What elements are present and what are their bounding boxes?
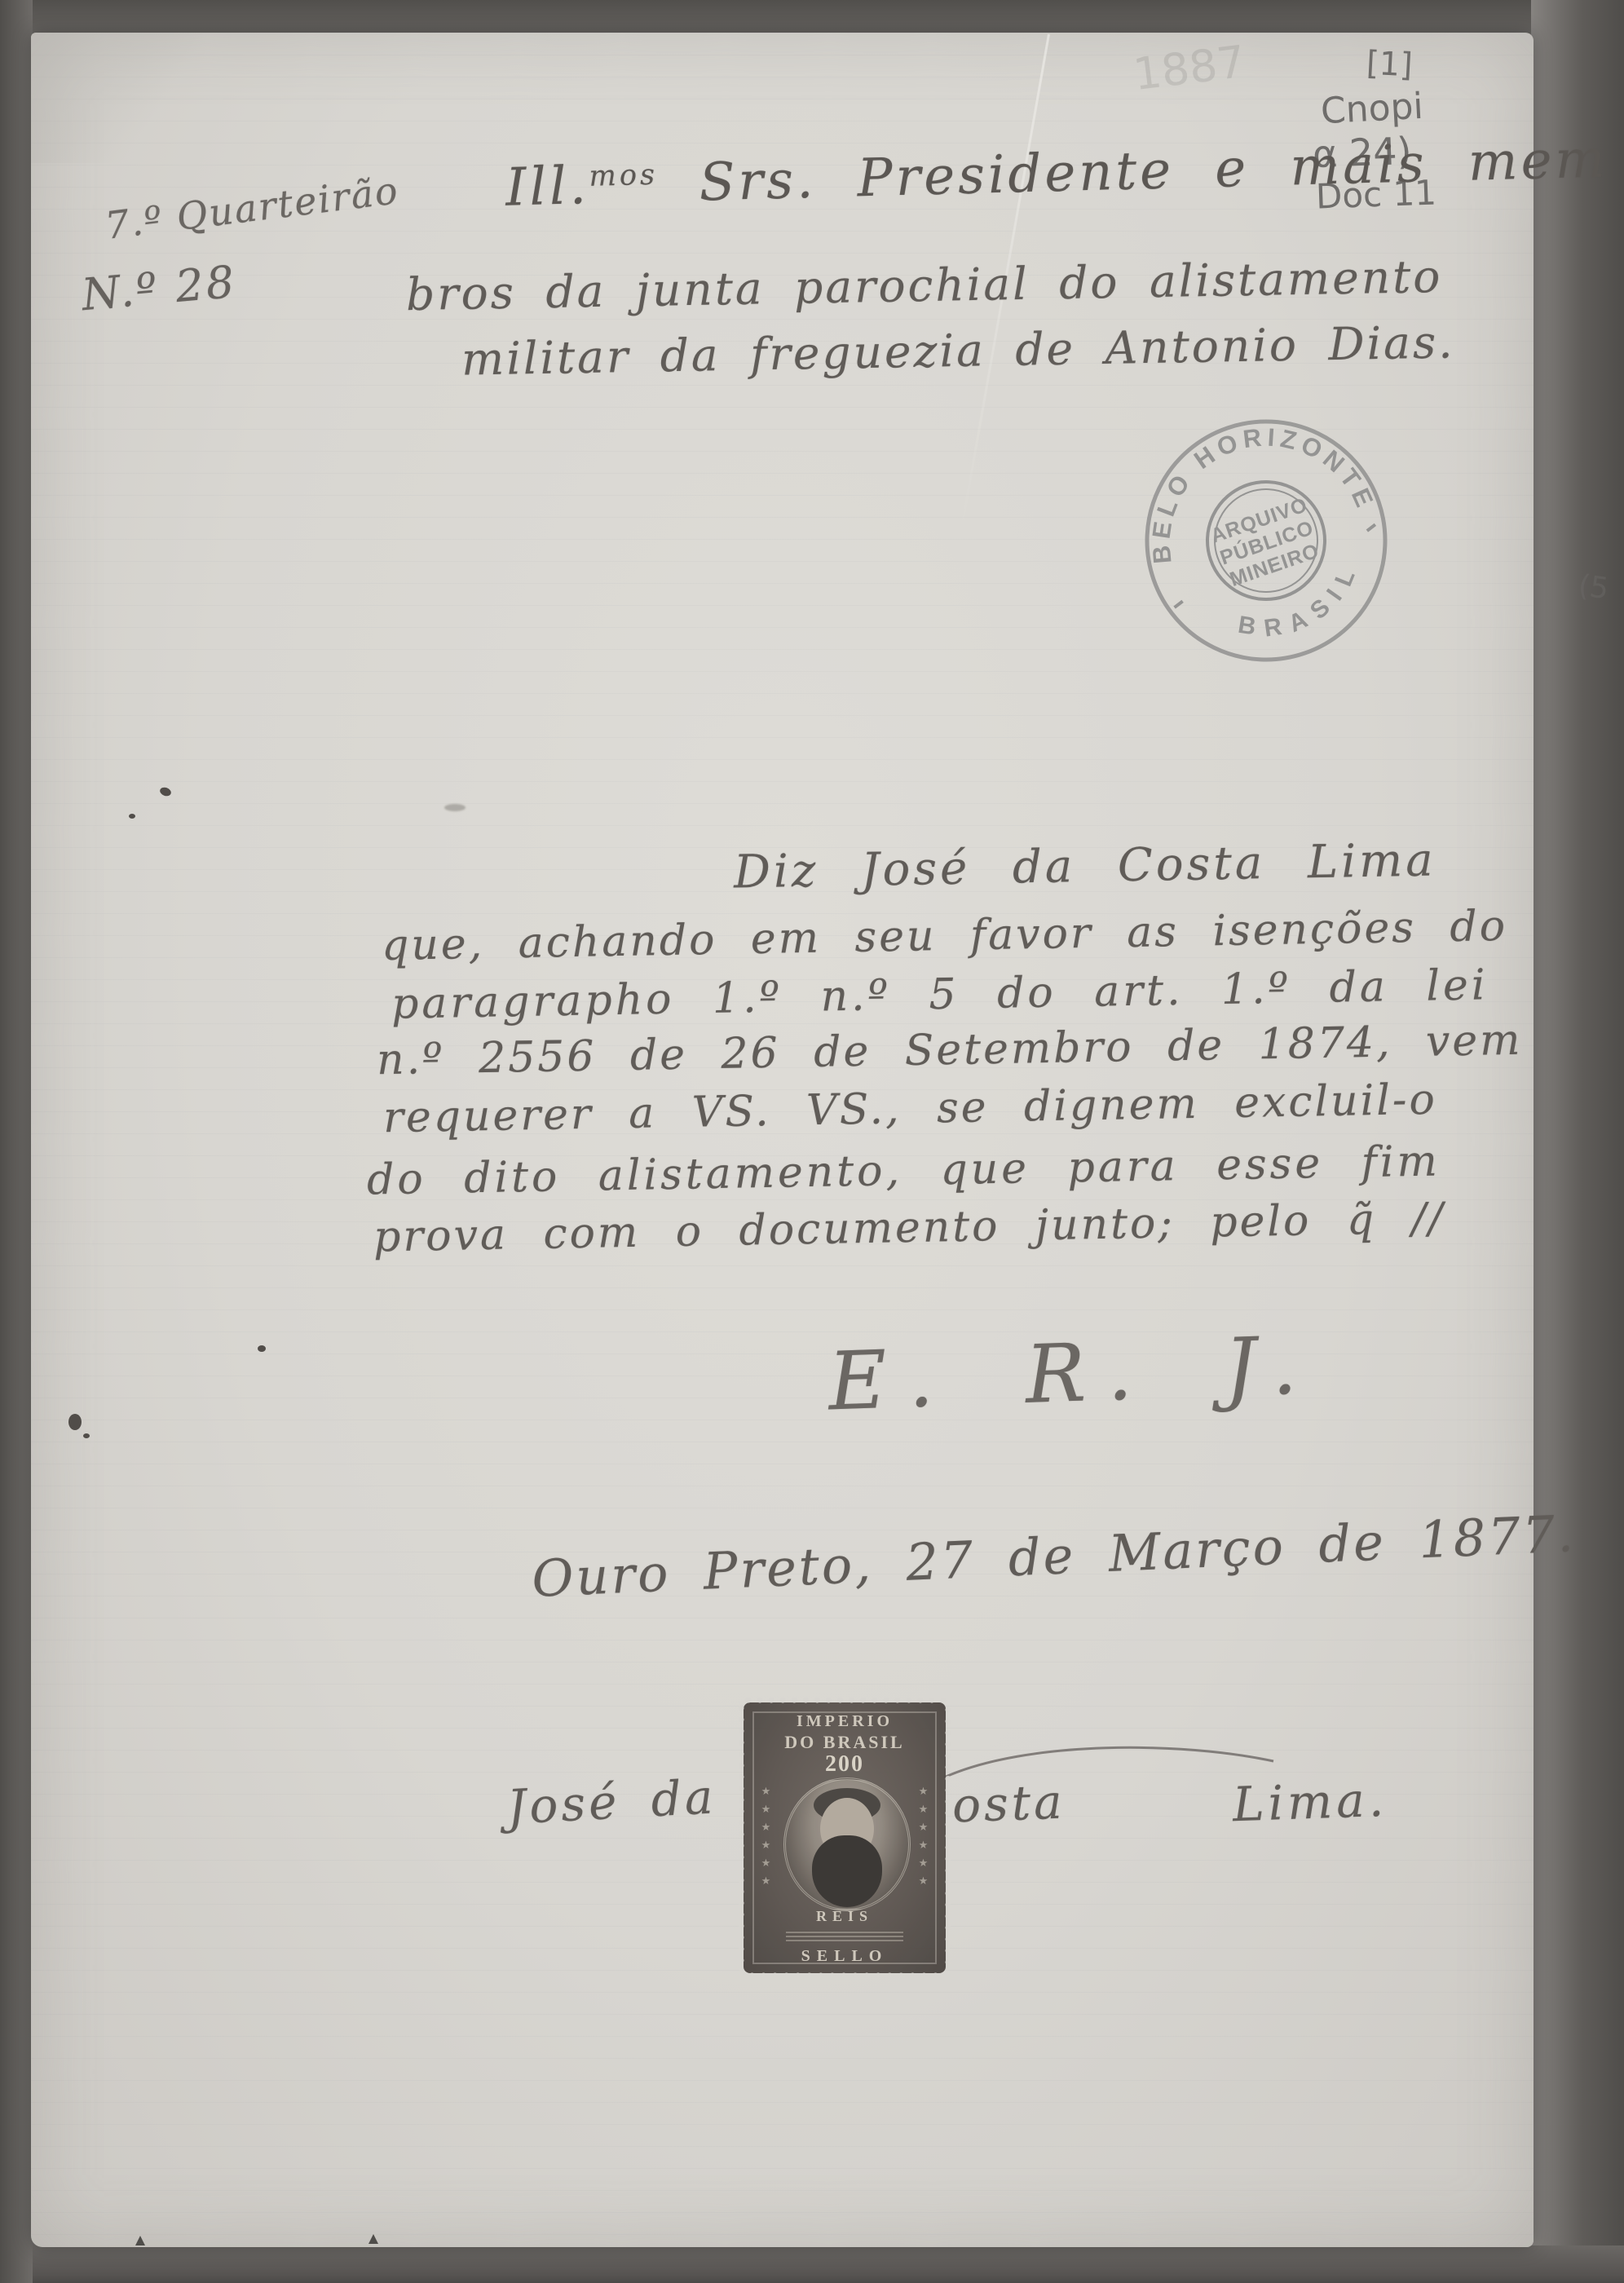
bracket-note: [1] bbox=[1366, 45, 1414, 85]
scanned-document-photo: 7.º Quarteirão N.º 28 1887 [1] Cnopi α 2… bbox=[0, 0, 1624, 2283]
edge-mark: (5 bbox=[1576, 569, 1610, 607]
signature-part-1: José da bbox=[505, 1769, 717, 1835]
star-ornaments-right: ★★★★★★ bbox=[917, 1786, 929, 1893]
revenue-stamp-value: 200 bbox=[744, 1751, 946, 1777]
ink-blot bbox=[258, 1345, 266, 1352]
salutation-abbr: Ill. bbox=[505, 156, 589, 219]
revenue-stamp-sello: SELLO bbox=[744, 1947, 946, 1966]
ink-blot bbox=[68, 1414, 82, 1430]
photo-mat-left bbox=[0, 0, 33, 2283]
salutation-superscript: mos bbox=[589, 158, 659, 193]
star-ornaments-left: ★★★★★★ bbox=[760, 1786, 772, 1893]
portrait-beard bbox=[812, 1835, 882, 1907]
archival-code-1: Cnopi bbox=[1320, 86, 1424, 133]
paper-corner-fold bbox=[31, 33, 218, 163]
photo-mat-top bbox=[0, 0, 1624, 36]
signature-flourish bbox=[938, 1719, 1280, 1792]
emperor-portrait bbox=[783, 1777, 911, 1911]
ink-smudge bbox=[444, 804, 466, 811]
paper-edge-nick bbox=[368, 2234, 378, 2244]
revenue-stamp-reis: REIS bbox=[744, 1908, 946, 1925]
photo-mat-right bbox=[1531, 0, 1624, 2283]
revenue-stamp-country-1: IMPERIO bbox=[744, 1712, 946, 1731]
revenue-stamp-fineprint bbox=[786, 1929, 903, 1944]
revenue-stamp: IMPERIO DO BRASIL 200 ★★★★★★ ★★★★★★ REIS… bbox=[744, 1702, 946, 1973]
ink-blot bbox=[129, 814, 135, 819]
ink-blot bbox=[83, 1433, 90, 1438]
photo-mat-bottom bbox=[0, 2245, 1624, 2283]
closing-formula: E. R. J. bbox=[827, 1319, 1319, 1429]
revenue-stamp-country-2: DO BRASIL bbox=[744, 1732, 946, 1753]
paper-edge-nick bbox=[135, 2236, 145, 2245]
